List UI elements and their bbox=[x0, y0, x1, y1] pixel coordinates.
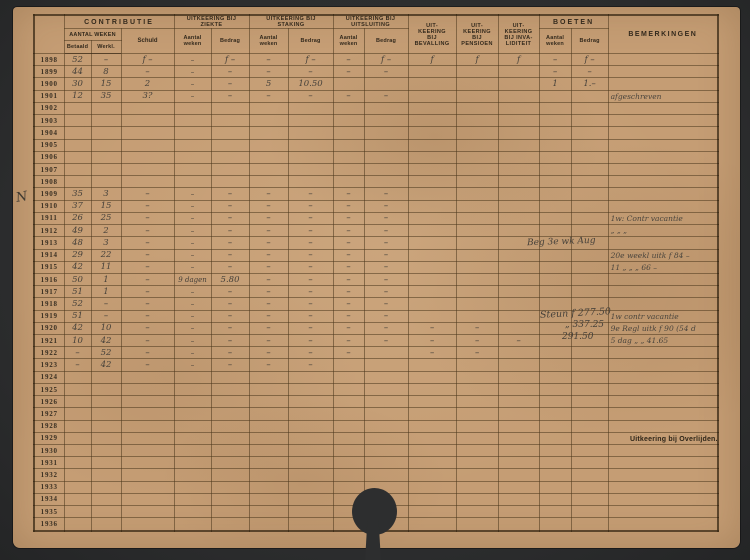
data-cell bbox=[571, 432, 608, 444]
header-ziekte-aantal: Aantal weken bbox=[174, 29, 211, 54]
data-cell bbox=[91, 481, 121, 493]
data-cell bbox=[498, 273, 539, 285]
table-row: 191852–––––––– bbox=[34, 298, 718, 310]
year-cell: 1910 bbox=[34, 200, 64, 212]
data-cell bbox=[571, 249, 608, 261]
header-uitsluiting-aantal: Aantal weken bbox=[333, 29, 364, 54]
data-cell bbox=[211, 396, 249, 408]
year-cell: 1933 bbox=[34, 481, 64, 493]
data-cell: – bbox=[333, 286, 364, 298]
data-cell bbox=[364, 163, 408, 175]
data-cell: – bbox=[91, 54, 121, 66]
data-cell bbox=[364, 78, 408, 90]
data-cell bbox=[288, 445, 333, 457]
contribution-table: CONTRIBUTIE UITKEERING BIJ ZIEKTE UITKEE… bbox=[33, 14, 719, 532]
data-cell bbox=[539, 347, 571, 359]
data-cell: 35 bbox=[64, 188, 91, 200]
data-cell bbox=[121, 139, 174, 151]
data-cell bbox=[408, 188, 456, 200]
data-cell: 15 bbox=[91, 78, 121, 90]
year-cell: 1921 bbox=[34, 335, 64, 347]
data-cell bbox=[333, 359, 364, 371]
table-row: 189852–f ––f ––f ––f –fff–f – bbox=[34, 54, 718, 66]
table-row: 1906 bbox=[34, 151, 718, 163]
table-row: 1922–52–––––––– bbox=[34, 347, 718, 359]
data-cell: – bbox=[64, 359, 91, 371]
data-cell bbox=[456, 408, 498, 420]
data-cell bbox=[364, 151, 408, 163]
data-cell bbox=[174, 371, 211, 383]
overlijden-stamp: Uitkeering bij Overlijden. bbox=[630, 436, 718, 443]
data-cell: – bbox=[288, 200, 333, 212]
data-cell bbox=[364, 371, 408, 383]
table-row: 1926 bbox=[34, 396, 718, 408]
data-cell: f bbox=[408, 54, 456, 66]
data-cell bbox=[456, 286, 498, 298]
data-cell bbox=[498, 66, 539, 78]
data-cell: – bbox=[364, 200, 408, 212]
data-cell bbox=[91, 457, 121, 469]
ledger-body: 189852–f ––f ––f ––f –fff–f –1899448––––… bbox=[34, 54, 718, 531]
data-cell bbox=[456, 90, 498, 102]
year-cell: 1919 bbox=[34, 310, 64, 322]
data-cell: – bbox=[174, 335, 211, 347]
data-cell bbox=[498, 469, 539, 481]
table-row: 191951––––––––1w contr vacantie bbox=[34, 310, 718, 322]
data-cell: – bbox=[333, 225, 364, 237]
data-cell bbox=[408, 127, 456, 139]
data-cell bbox=[571, 518, 608, 531]
data-cell bbox=[539, 273, 571, 285]
data-cell bbox=[249, 493, 288, 505]
data-cell bbox=[456, 176, 498, 188]
data-cell bbox=[64, 506, 91, 518]
year-cell: 1905 bbox=[34, 139, 64, 151]
data-cell bbox=[288, 115, 333, 127]
data-cell bbox=[249, 371, 288, 383]
data-cell bbox=[408, 225, 456, 237]
data-cell bbox=[64, 457, 91, 469]
data-cell bbox=[456, 432, 498, 444]
table-row: 1913483––––––– bbox=[34, 237, 718, 249]
data-cell bbox=[498, 408, 539, 420]
data-cell: – bbox=[249, 225, 288, 237]
year-cell: 1915 bbox=[34, 261, 64, 273]
year-cell: 1906 bbox=[34, 151, 64, 163]
table-row: 1924 bbox=[34, 371, 718, 383]
data-cell bbox=[456, 518, 498, 531]
data-cell: – bbox=[174, 188, 211, 200]
data-cell bbox=[456, 445, 498, 457]
data-cell: – bbox=[211, 78, 249, 90]
data-cell: – bbox=[364, 249, 408, 261]
year-cell: 1931 bbox=[34, 457, 64, 469]
data-cell bbox=[498, 298, 539, 310]
year-cell: 1908 bbox=[34, 176, 64, 188]
header-aantal-weken: AANTAL WEKEN bbox=[64, 29, 121, 41]
data-cell: 42 bbox=[64, 261, 91, 273]
data-cell bbox=[64, 408, 91, 420]
data-cell: – bbox=[174, 66, 211, 78]
year-cell: 1927 bbox=[34, 408, 64, 420]
data-cell: – bbox=[333, 322, 364, 334]
data-cell bbox=[571, 225, 608, 237]
data-cell: 11 bbox=[91, 261, 121, 273]
data-cell: – bbox=[364, 261, 408, 273]
data-cell: – bbox=[249, 261, 288, 273]
data-cell: 10.50 bbox=[288, 78, 333, 90]
data-cell bbox=[364, 383, 408, 395]
data-cell bbox=[121, 163, 174, 175]
data-cell bbox=[91, 506, 121, 518]
data-cell bbox=[608, 408, 718, 420]
header-bemerkingen: BEMERKINGEN bbox=[608, 15, 718, 54]
data-cell bbox=[498, 163, 539, 175]
data-cell: – bbox=[333, 237, 364, 249]
data-cell bbox=[408, 457, 456, 469]
year-cell: 1911 bbox=[34, 212, 64, 224]
data-cell bbox=[498, 371, 539, 383]
data-cell bbox=[608, 396, 718, 408]
data-cell bbox=[91, 396, 121, 408]
table-row: 1931 bbox=[34, 457, 718, 469]
margin-mark: N bbox=[15, 189, 29, 206]
data-cell bbox=[249, 151, 288, 163]
data-cell bbox=[498, 139, 539, 151]
data-cell bbox=[571, 200, 608, 212]
data-cell bbox=[249, 383, 288, 395]
data-cell bbox=[91, 420, 121, 432]
data-cell bbox=[364, 359, 408, 371]
data-cell bbox=[539, 261, 571, 273]
data-cell bbox=[498, 506, 539, 518]
data-cell bbox=[571, 457, 608, 469]
table-row: 19142922–––––––20e weekl uitk f 84 – bbox=[34, 249, 718, 261]
data-cell bbox=[174, 432, 211, 444]
data-cell: – bbox=[211, 322, 249, 334]
data-cell: – bbox=[121, 212, 174, 224]
data-cell: – bbox=[211, 261, 249, 273]
data-cell bbox=[211, 481, 249, 493]
data-cell bbox=[408, 249, 456, 261]
data-cell bbox=[608, 78, 718, 90]
data-cell bbox=[571, 347, 608, 359]
data-cell: 1w: Contr vacantie bbox=[608, 212, 718, 224]
data-cell bbox=[539, 102, 571, 114]
header-werkl: Werkl. bbox=[91, 41, 121, 54]
year-cell: 1909 bbox=[34, 188, 64, 200]
data-cell bbox=[608, 518, 718, 531]
data-cell: „ „ „ bbox=[608, 225, 718, 237]
data-cell bbox=[539, 445, 571, 457]
data-cell bbox=[608, 200, 718, 212]
data-cell: – bbox=[121, 273, 174, 285]
data-cell: 51 bbox=[64, 286, 91, 298]
data-cell bbox=[364, 408, 408, 420]
year-cell: 1913 bbox=[34, 237, 64, 249]
header-uitsluiting: UITKEERING BIJ UITSLUITING bbox=[333, 15, 408, 29]
data-cell bbox=[571, 151, 608, 163]
data-cell bbox=[249, 481, 288, 493]
data-cell bbox=[91, 371, 121, 383]
data-cell bbox=[364, 102, 408, 114]
data-cell bbox=[333, 383, 364, 395]
table-row: 1912492–––––––„ „ „ bbox=[34, 225, 718, 237]
data-cell bbox=[408, 176, 456, 188]
data-cell bbox=[64, 469, 91, 481]
data-cell bbox=[608, 445, 718, 457]
data-cell bbox=[498, 151, 539, 163]
data-cell bbox=[249, 139, 288, 151]
data-cell bbox=[608, 188, 718, 200]
data-cell bbox=[174, 506, 211, 518]
data-cell: – bbox=[249, 237, 288, 249]
data-cell bbox=[571, 176, 608, 188]
data-cell: f bbox=[498, 54, 539, 66]
data-cell bbox=[571, 286, 608, 298]
data-cell bbox=[456, 78, 498, 90]
data-cell bbox=[608, 469, 718, 481]
data-cell: – bbox=[288, 310, 333, 322]
data-cell: – bbox=[333, 261, 364, 273]
data-cell bbox=[539, 408, 571, 420]
data-cell bbox=[121, 127, 174, 139]
data-cell: 1.– bbox=[571, 78, 608, 90]
data-cell: – bbox=[364, 188, 408, 200]
header-staking: UITKEERING BIJ STAKING bbox=[249, 15, 333, 29]
year-cell: 1916 bbox=[34, 273, 64, 285]
data-cell: – bbox=[211, 225, 249, 237]
data-cell: – bbox=[333, 54, 364, 66]
data-cell bbox=[408, 518, 456, 531]
data-cell: 49 bbox=[64, 225, 91, 237]
data-cell bbox=[608, 347, 718, 359]
table-row: 1930 bbox=[34, 445, 718, 457]
data-cell bbox=[456, 371, 498, 383]
data-cell bbox=[211, 151, 249, 163]
year-cell: 1912 bbox=[34, 225, 64, 237]
year-cell: 1924 bbox=[34, 371, 64, 383]
table-row: 190030152––510.5011.– bbox=[34, 78, 718, 90]
data-cell bbox=[539, 90, 571, 102]
data-cell: – bbox=[364, 273, 408, 285]
data-cell: f – bbox=[288, 54, 333, 66]
data-cell bbox=[288, 420, 333, 432]
data-cell bbox=[608, 54, 718, 66]
data-cell bbox=[608, 298, 718, 310]
data-cell: – bbox=[211, 359, 249, 371]
data-cell: – bbox=[211, 90, 249, 102]
data-cell: – bbox=[211, 335, 249, 347]
data-cell bbox=[211, 371, 249, 383]
data-cell bbox=[498, 322, 539, 334]
data-cell bbox=[456, 481, 498, 493]
data-cell bbox=[539, 469, 571, 481]
data-cell bbox=[333, 102, 364, 114]
data-cell bbox=[174, 445, 211, 457]
data-cell bbox=[91, 518, 121, 531]
table-row: 1907 bbox=[34, 163, 718, 175]
data-cell: – bbox=[364, 322, 408, 334]
table-row: 1916501–9 dagen5.80–––– bbox=[34, 273, 718, 285]
data-cell: – bbox=[408, 322, 456, 334]
data-cell bbox=[91, 445, 121, 457]
data-cell bbox=[121, 481, 174, 493]
data-cell: – bbox=[364, 310, 408, 322]
table-row: 1899448––––––––– bbox=[34, 66, 718, 78]
data-cell bbox=[91, 127, 121, 139]
table-row: 1903 bbox=[34, 115, 718, 127]
data-cell bbox=[539, 163, 571, 175]
data-cell: – bbox=[249, 322, 288, 334]
data-cell bbox=[333, 176, 364, 188]
data-cell bbox=[333, 127, 364, 139]
data-cell bbox=[121, 408, 174, 420]
photo-background: N CONTRIBUTIE UITKEERING BIJ ZIEKTE UITK… bbox=[0, 0, 750, 560]
data-cell: 12 bbox=[64, 90, 91, 102]
data-cell: – bbox=[121, 298, 174, 310]
data-cell bbox=[539, 286, 571, 298]
data-cell bbox=[211, 127, 249, 139]
keyhole-stem bbox=[365, 520, 381, 560]
data-cell: – bbox=[249, 200, 288, 212]
data-cell: – bbox=[211, 298, 249, 310]
data-cell bbox=[539, 396, 571, 408]
data-cell bbox=[364, 469, 408, 481]
year-cell: 1900 bbox=[34, 78, 64, 90]
data-cell: 52 bbox=[91, 347, 121, 359]
data-cell bbox=[498, 518, 539, 531]
year-cell: 1907 bbox=[34, 163, 64, 175]
data-cell: – bbox=[121, 261, 174, 273]
table-row: 1904 bbox=[34, 127, 718, 139]
data-cell bbox=[211, 115, 249, 127]
data-cell bbox=[211, 432, 249, 444]
header-pensioen: UIT- KEERING BIJ PENSIOEN bbox=[456, 15, 498, 54]
data-cell: 10 bbox=[64, 335, 91, 347]
data-cell: f bbox=[456, 54, 498, 66]
year-cell: 1928 bbox=[34, 420, 64, 432]
data-cell bbox=[498, 115, 539, 127]
data-cell: 3 bbox=[91, 237, 121, 249]
header-betaald: Betaald bbox=[64, 41, 91, 54]
data-cell bbox=[288, 457, 333, 469]
data-cell bbox=[408, 371, 456, 383]
data-cell bbox=[539, 506, 571, 518]
data-cell: – bbox=[333, 298, 364, 310]
header-boeten-aantal: Aantal weken bbox=[539, 29, 571, 54]
data-cell bbox=[539, 212, 571, 224]
header-boeten-bedrag: Bedrag bbox=[571, 29, 608, 54]
data-cell bbox=[571, 90, 608, 102]
data-cell bbox=[408, 102, 456, 114]
year-cell: 1898 bbox=[34, 54, 64, 66]
data-cell bbox=[608, 163, 718, 175]
data-cell bbox=[408, 432, 456, 444]
data-cell bbox=[456, 127, 498, 139]
year-cell: 1932 bbox=[34, 469, 64, 481]
data-cell: 1 bbox=[539, 78, 571, 90]
data-cell bbox=[539, 432, 571, 444]
data-cell bbox=[288, 139, 333, 151]
data-cell bbox=[498, 383, 539, 395]
data-cell: – bbox=[91, 298, 121, 310]
data-cell bbox=[333, 420, 364, 432]
table-row: 1905 bbox=[34, 139, 718, 151]
header-staking-aantal: Aantal weken bbox=[249, 29, 288, 54]
data-cell bbox=[408, 286, 456, 298]
data-cell bbox=[364, 420, 408, 432]
data-cell: – bbox=[121, 249, 174, 261]
data-cell: 22 bbox=[91, 249, 121, 261]
data-cell: – bbox=[91, 310, 121, 322]
table-row: 1932 bbox=[34, 469, 718, 481]
data-cell bbox=[333, 396, 364, 408]
data-cell: 2 bbox=[91, 225, 121, 237]
data-cell bbox=[456, 188, 498, 200]
data-cell: – bbox=[333, 347, 364, 359]
data-cell bbox=[456, 359, 498, 371]
data-cell: – bbox=[288, 225, 333, 237]
data-cell bbox=[364, 115, 408, 127]
data-cell: – bbox=[249, 347, 288, 359]
table-row: 190112353?––––––afgeschreven bbox=[34, 90, 718, 102]
data-cell bbox=[539, 151, 571, 163]
header-ziekte: UITKEERING BIJ ZIEKTE bbox=[174, 15, 249, 29]
data-cell bbox=[121, 506, 174, 518]
data-cell bbox=[498, 261, 539, 273]
data-cell: – bbox=[211, 66, 249, 78]
data-cell: – bbox=[364, 335, 408, 347]
data-cell bbox=[174, 139, 211, 151]
data-cell bbox=[249, 469, 288, 481]
data-cell bbox=[571, 139, 608, 151]
table-row: 1929 bbox=[34, 432, 718, 444]
data-cell bbox=[571, 359, 608, 371]
data-cell: 3 bbox=[91, 188, 121, 200]
data-cell bbox=[408, 261, 456, 273]
data-cell bbox=[456, 102, 498, 114]
data-cell bbox=[408, 273, 456, 285]
data-cell bbox=[539, 249, 571, 261]
data-cell: – bbox=[364, 90, 408, 102]
data-cell bbox=[408, 237, 456, 249]
data-cell bbox=[249, 102, 288, 114]
data-cell bbox=[539, 359, 571, 371]
data-cell: – bbox=[333, 200, 364, 212]
data-cell bbox=[249, 408, 288, 420]
data-cell: – bbox=[333, 310, 364, 322]
data-cell bbox=[333, 408, 364, 420]
data-cell bbox=[498, 432, 539, 444]
data-cell bbox=[456, 212, 498, 224]
data-cell bbox=[498, 200, 539, 212]
data-cell bbox=[498, 249, 539, 261]
table-row: 19211042––––––––––5 dag „ „ 41.65 bbox=[34, 335, 718, 347]
data-cell bbox=[333, 445, 364, 457]
data-cell: – bbox=[249, 212, 288, 224]
data-cell bbox=[64, 139, 91, 151]
data-cell: 8 bbox=[91, 66, 121, 78]
data-cell bbox=[498, 102, 539, 114]
data-cell bbox=[249, 432, 288, 444]
table-row: 19112625–––––––1w: Contr vacantie bbox=[34, 212, 718, 224]
data-cell bbox=[408, 481, 456, 493]
data-cell bbox=[174, 163, 211, 175]
data-cell: – bbox=[249, 90, 288, 102]
data-cell bbox=[174, 408, 211, 420]
data-cell bbox=[64, 420, 91, 432]
